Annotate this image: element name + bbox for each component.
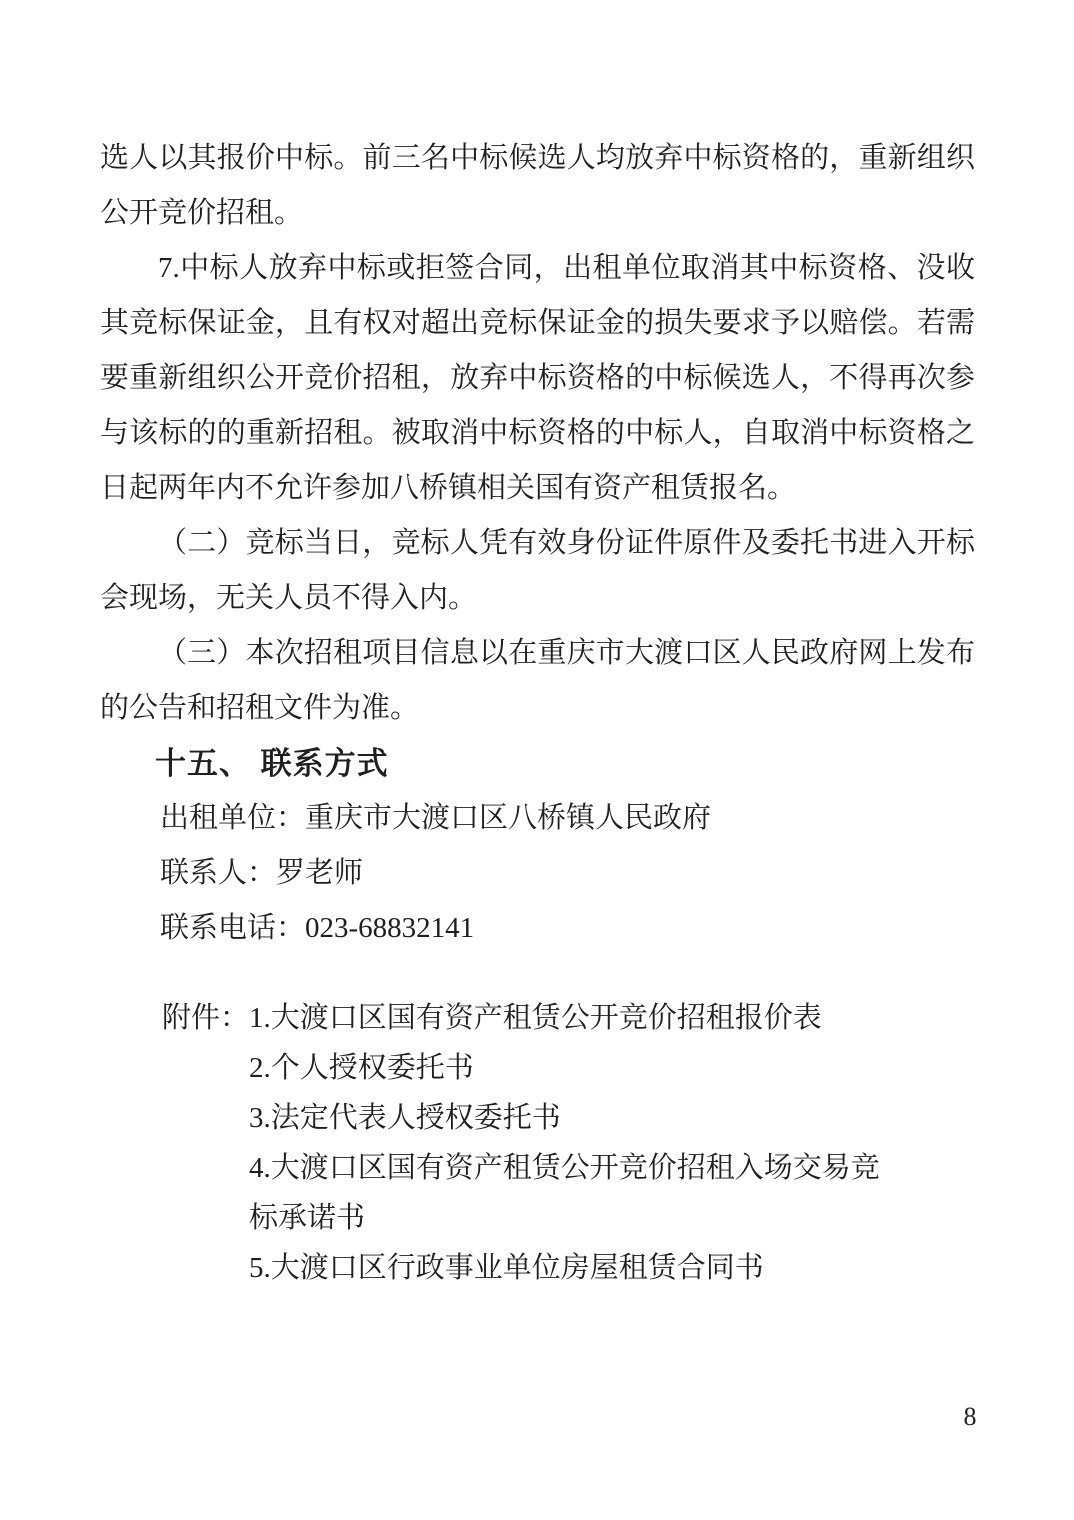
document-page: 选人以其报价中标。前三名中标候选人均放弃中标资格的，重新组织公开竞价招租。 7.… [0,0,1074,1520]
contact-line-phone: 联系电话：023-68832141 [100,901,975,956]
attachment-item-4: 4.大渡口区国有资产租赁公开竞价招租入场交易竞标承诺书 [249,1143,889,1243]
attachment-item-3: 3.法定代表人授权委托书 [249,1093,889,1143]
contact-line-person: 联系人：罗老师 [100,846,975,901]
page-number: 8 [955,1400,985,1434]
attachment-item-1: 1.大渡口区国有资产租赁公开竞价招租报价表 [249,993,889,1043]
paragraph-clause-3: （三）本次招租项目信息以在重庆市大渡口区人民政府网上发布的公告和招租文件为准。 [100,626,975,736]
attachment-item-5: 5.大渡口区行政事业单位房屋租赁合同书 [249,1243,889,1293]
contact-line-unit: 出租单位：重庆市大渡口区八桥镇人民政府 [100,791,975,846]
attachments-block: 附件： 1.大渡口区国有资产租赁公开竞价招租报价表 2.个人授权委托书 3.法定… [162,993,975,1293]
attachments-list: 1.大渡口区国有资产租赁公开竞价招租报价表 2.个人授权委托书 3.法定代表人授… [249,993,889,1293]
attachment-item-2: 2.个人授权委托书 [249,1043,889,1093]
paragraph-clause-7: 7.中标人放弃中标或拒签合同，出租单位取消其中标资格、没收其竞标保证金，且有权对… [100,241,975,516]
section-heading-contact: 十五、 联系方式 [100,736,975,791]
paragraph-clause-2: （二）竞标当日，竞标人凭有效身份证件原件及委托书进入开标会现场，无关人员不得入内… [100,516,975,626]
paragraph-continuation: 选人以其报价中标。前三名中标候选人均放弃中标资格的，重新组织公开竞价招租。 [100,131,975,241]
attachments-label: 附件： [162,993,249,1293]
document-content: 选人以其报价中标。前三名中标候选人均放弃中标资格的，重新组织公开竞价招租。 7.… [100,131,975,1293]
